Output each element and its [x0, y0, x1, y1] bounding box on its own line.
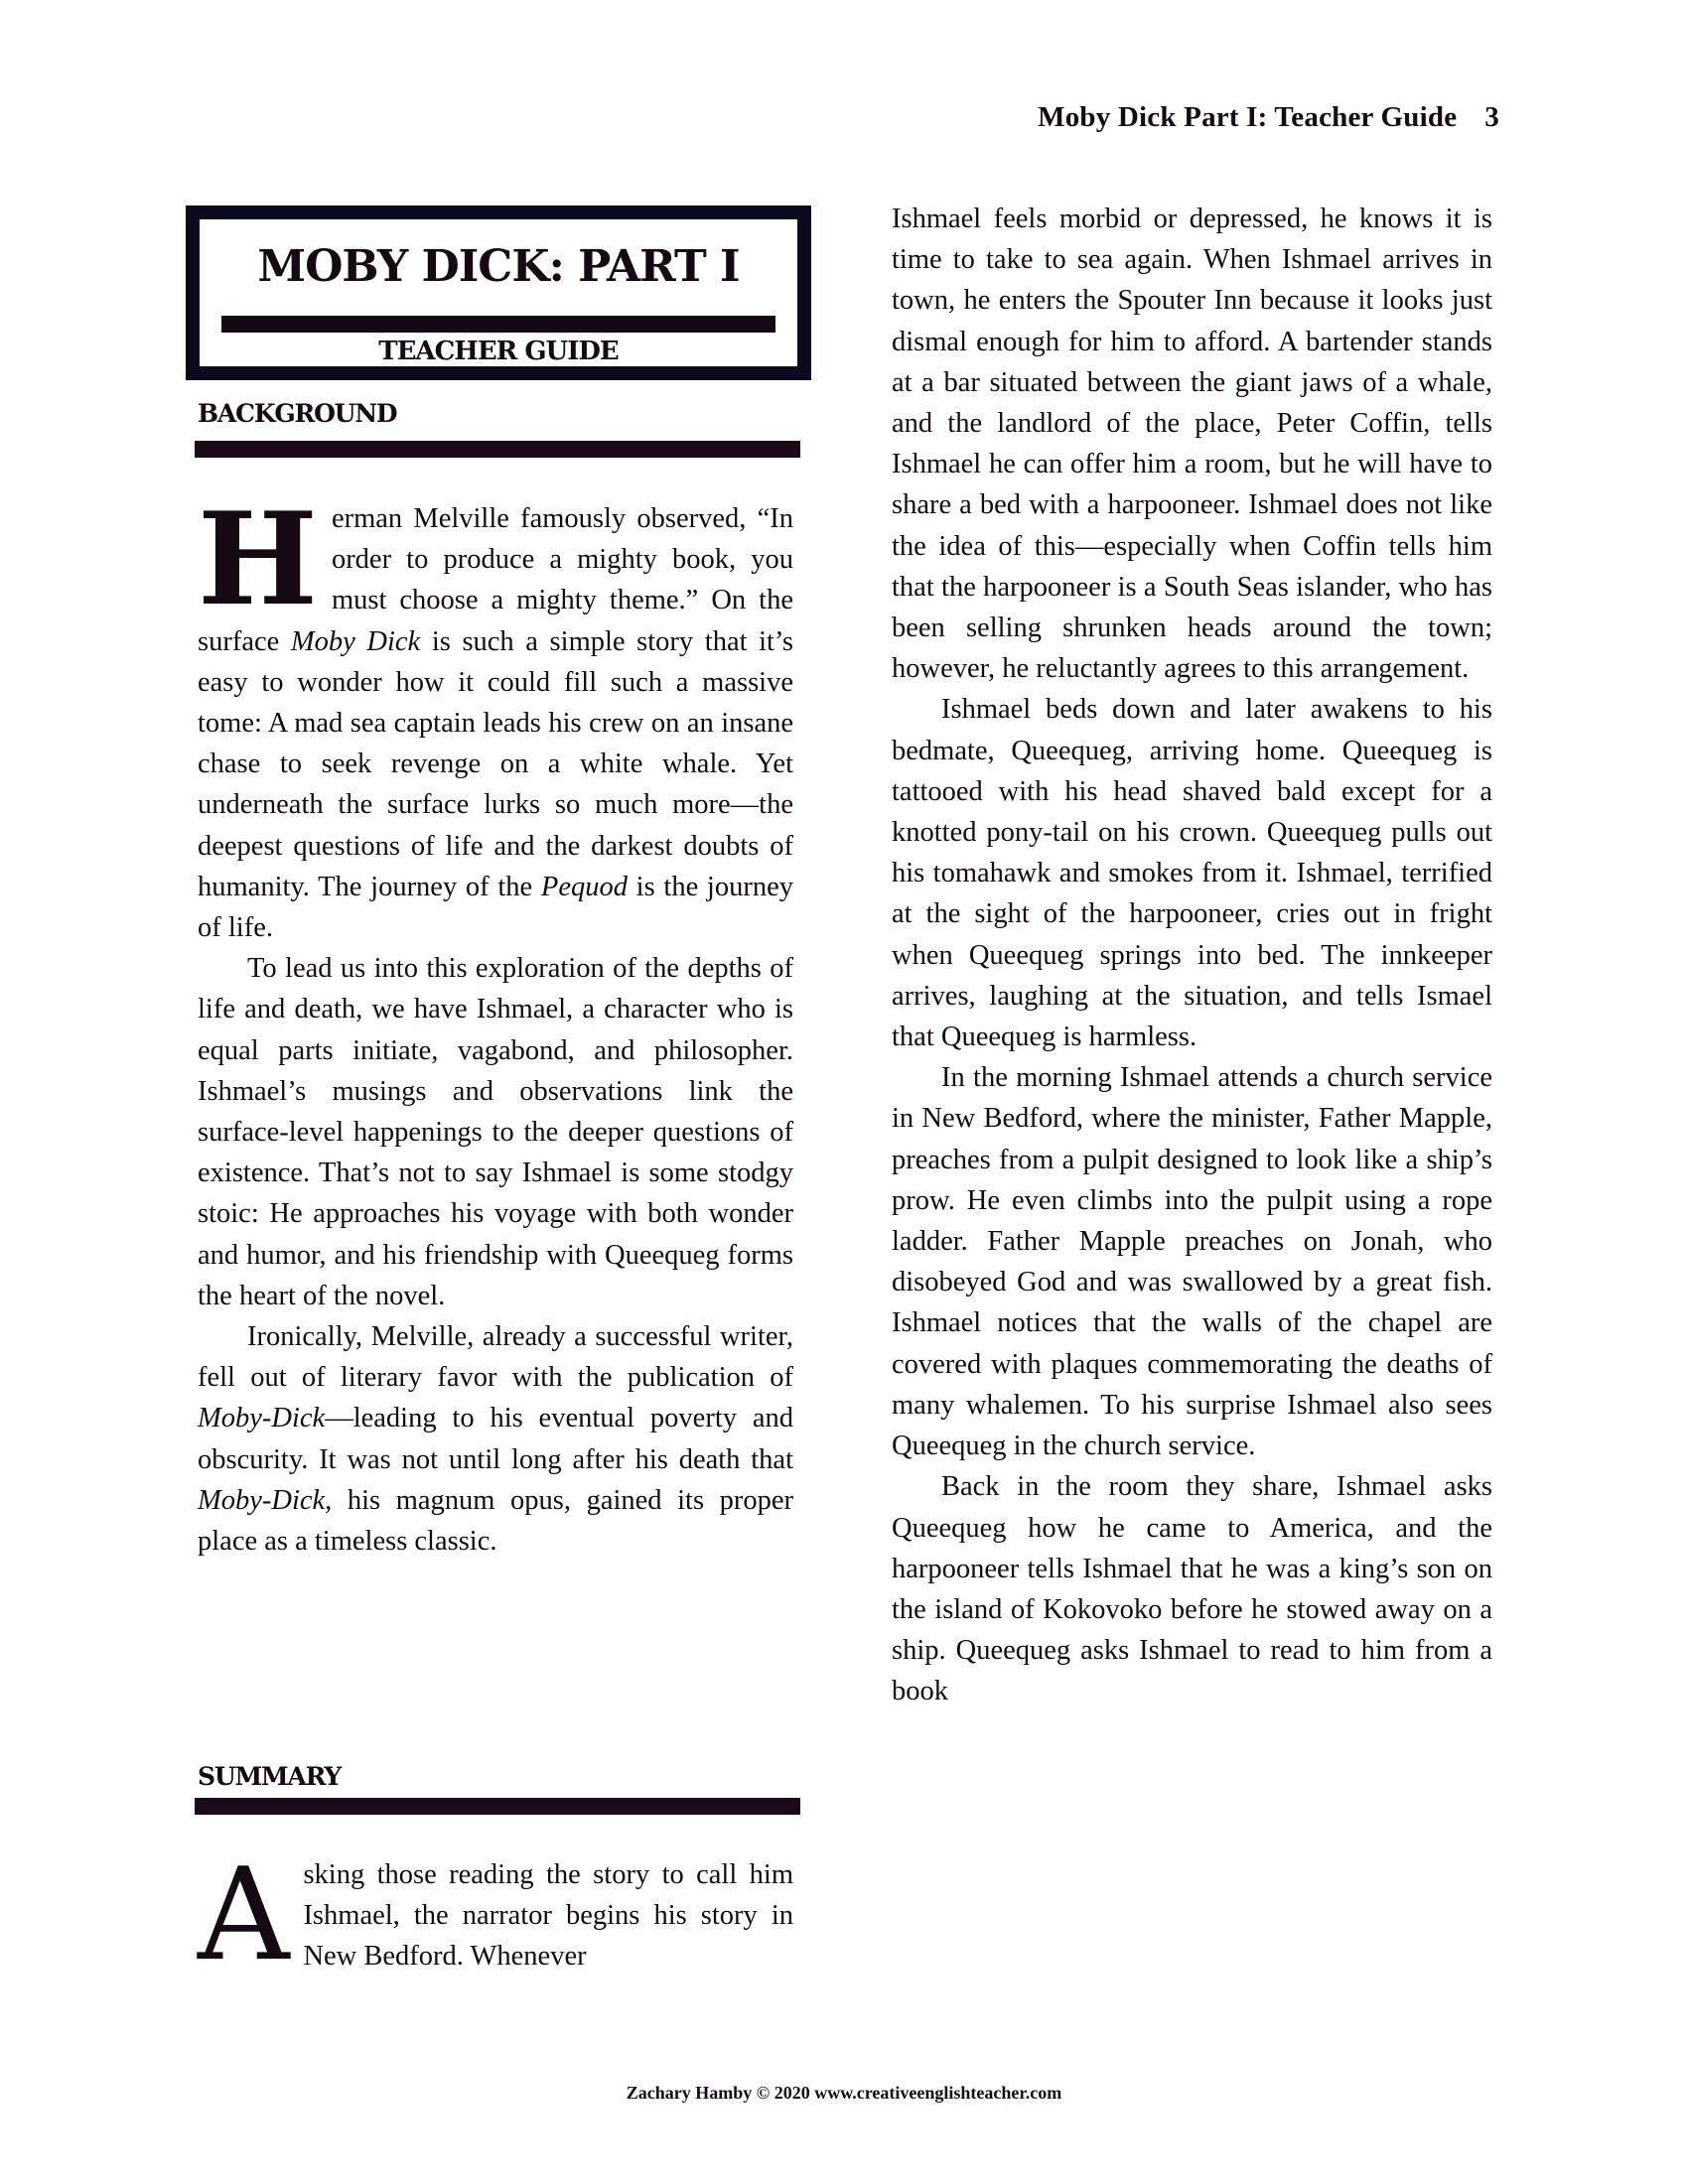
summary-paragraph-1-continued: Ishmael feels morbid or depressed, he kn…	[892, 199, 1492, 689]
document-title: MOBY DICK: PART I	[200, 245, 797, 289]
title-box: MOBY DICK: PART I TEACHER GUIDE	[186, 205, 811, 380]
summary-text-left: Asking those reading the story to call h…	[198, 1854, 793, 1978]
section-heading-background: BACKGROUND	[198, 401, 396, 426]
page-footer: Zachary Hamby © 2020 www.creativeenglish…	[0, 2083, 1688, 2104]
summary-paragraph-2: Ishmael beds down and later awakens to h…	[892, 689, 1492, 1057]
italic-ship-name: Pequod	[541, 872, 628, 902]
section-rule-background	[195, 441, 800, 458]
summary-paragraph-3: In the morning Ishmael attends a church …	[892, 1057, 1492, 1466]
italic-title: Moby-Dick	[198, 1403, 325, 1433]
running-header-title: Moby Dick Part I: Teacher Guide	[1038, 101, 1457, 133]
document-subtitle: TEACHER GUIDE	[200, 339, 797, 364]
section-rule-summary	[195, 1798, 800, 1815]
page-number: 3	[1484, 101, 1499, 133]
summary-text-right: Ishmael feels morbid or depressed, he kn…	[892, 199, 1492, 1712]
summary-paragraph-1-start: Asking those reading the story to call h…	[198, 1854, 793, 1978]
background-paragraph-3: Ironically, Melville, already a successf…	[198, 1316, 793, 1562]
background-paragraph-2: To lead us into this exploration of the …	[198, 948, 793, 1316]
dropcap-a: A	[198, 1860, 289, 1972]
background-text: Herman Melville famously observed, “In o…	[198, 498, 793, 1562]
running-header: Moby Dick Part I: Teacher Guide3	[953, 101, 1499, 134]
summary-paragraph-4: Back in the room they share, Ishmael ask…	[892, 1466, 1492, 1711]
title-divider	[221, 316, 775, 333]
section-heading-summary: SUMMARY	[198, 1764, 341, 1789]
dropcap-h: H	[198, 504, 318, 615]
italic-title: Moby Dick	[291, 626, 420, 657]
italic-title: Moby-Dick,	[198, 1485, 332, 1516]
background-paragraph-1: Herman Melville famously observed, “In o…	[198, 498, 793, 948]
